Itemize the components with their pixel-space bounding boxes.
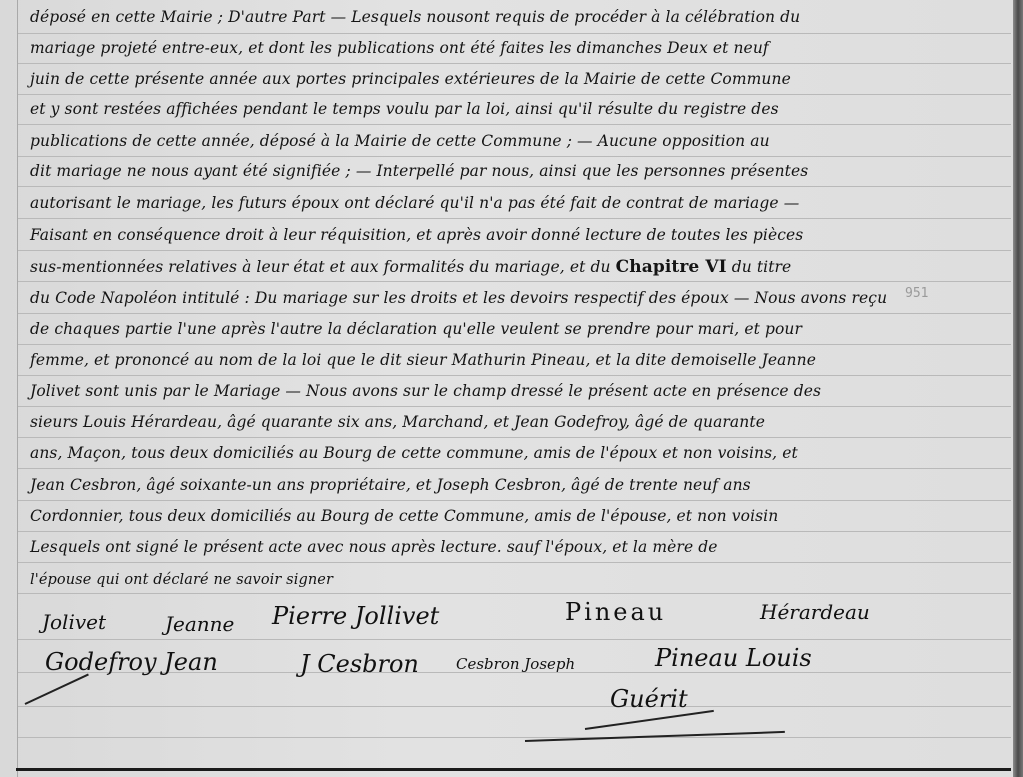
ruled-line (18, 124, 1011, 125)
ruled-line (18, 406, 1011, 407)
ruled-line (18, 500, 1011, 501)
signature-herardeau: Hérardeau (760, 600, 870, 624)
text-line-17: Cordonnier, tous deux domiciliés au Bour… (30, 507, 993, 525)
ruled-line (18, 531, 1011, 532)
faint-stamp-mark: 951 (905, 286, 928, 301)
text-line-9-body: sus-mentionnées relatives à leur état et… (30, 258, 611, 276)
ruled-line (18, 437, 1011, 438)
text-line-2: mariage projeté entre-eux, et dont les p… (30, 39, 993, 57)
ruled-line (18, 63, 1011, 64)
ruled-line (18, 94, 1011, 95)
signature-godefroy-jean: Godefroy Jean (45, 648, 218, 676)
ruled-line (18, 562, 1011, 563)
text-line-6: dit mariage ne nous ayant été signifiée … (30, 162, 993, 180)
ruled-line (18, 375, 1011, 376)
ruled-line (18, 593, 1011, 594)
ruled-line (18, 313, 1011, 314)
signature-j-cesbron: J Cesbron (300, 650, 419, 678)
text-line-5: publications de cette année, déposé à la… (30, 132, 993, 150)
signature-pierre-jollivet: Pierre Jollivet (272, 602, 439, 630)
text-line-16: Jean Cesbron, âgé soixante-un ans propri… (30, 476, 993, 494)
text-line-3: juin de cette présente année aux portes … (30, 70, 993, 88)
ruled-line (18, 218, 1011, 219)
text-line-19: l'épouse qui ont déclaré ne savoir signe… (30, 572, 993, 588)
text-line-12: femme, et prononcé au nom de la loi que … (30, 351, 993, 369)
signature-jeanne: Jeanne (165, 612, 234, 636)
text-line-8: Faisant en conséquence droit à leur réqu… (30, 226, 993, 244)
ruled-line (18, 186, 1011, 187)
signature-jolivet: Jolivet (42, 610, 106, 634)
ruled-line (18, 468, 1011, 469)
text-line-1: déposé en cette Mairie ; D'autre Part — … (30, 8, 993, 26)
left-margin-line (17, 0, 18, 777)
ruled-line (18, 639, 1011, 640)
text-line-14: sieurs Louis Hérardeau, âgé quarante six… (30, 413, 993, 431)
ruled-line (18, 344, 1011, 345)
text-line-4: et y sont restées affichées pendant le t… (30, 100, 993, 118)
binding-edge (1013, 0, 1023, 777)
text-line-10: du Code Napoléon intitulé : Du mariage s… (30, 289, 993, 307)
signature-pineau-louis: Pineau Louis (655, 644, 812, 672)
chapter-reference: Chapitre VI (616, 257, 727, 277)
text-line-13: Jolivet sont unis par le Mariage — Nous … (30, 382, 993, 400)
bottom-rule (16, 768, 1011, 771)
text-line-9: sus-mentionnées relatives à leur état et… (30, 257, 993, 277)
signature-pineau: Pineau (565, 598, 666, 626)
ruled-line (18, 281, 1011, 282)
text-line-7: autorisant le mariage, les futurs époux … (30, 194, 993, 212)
signature-officer: Guérit (610, 685, 688, 713)
ruled-line (18, 33, 1011, 34)
register-page: déposé en cette Mairie ; D'autre Part — … (0, 0, 1023, 777)
ruled-line (18, 706, 1011, 707)
chapter-tail: du titre (732, 258, 792, 276)
signature-cesbron-joseph: Cesbron Joseph (456, 655, 575, 673)
ruled-line (18, 250, 1011, 251)
text-line-15: ans, Maçon, tous deux domiciliés au Bour… (30, 444, 993, 462)
text-line-18: Lesquels ont signé le présent acte avec … (30, 538, 993, 556)
text-line-11: de chaques partie l'une après l'autre la… (30, 320, 993, 338)
ruled-line (18, 737, 1011, 738)
ruled-line (18, 156, 1011, 157)
signature-flourish (25, 674, 89, 705)
